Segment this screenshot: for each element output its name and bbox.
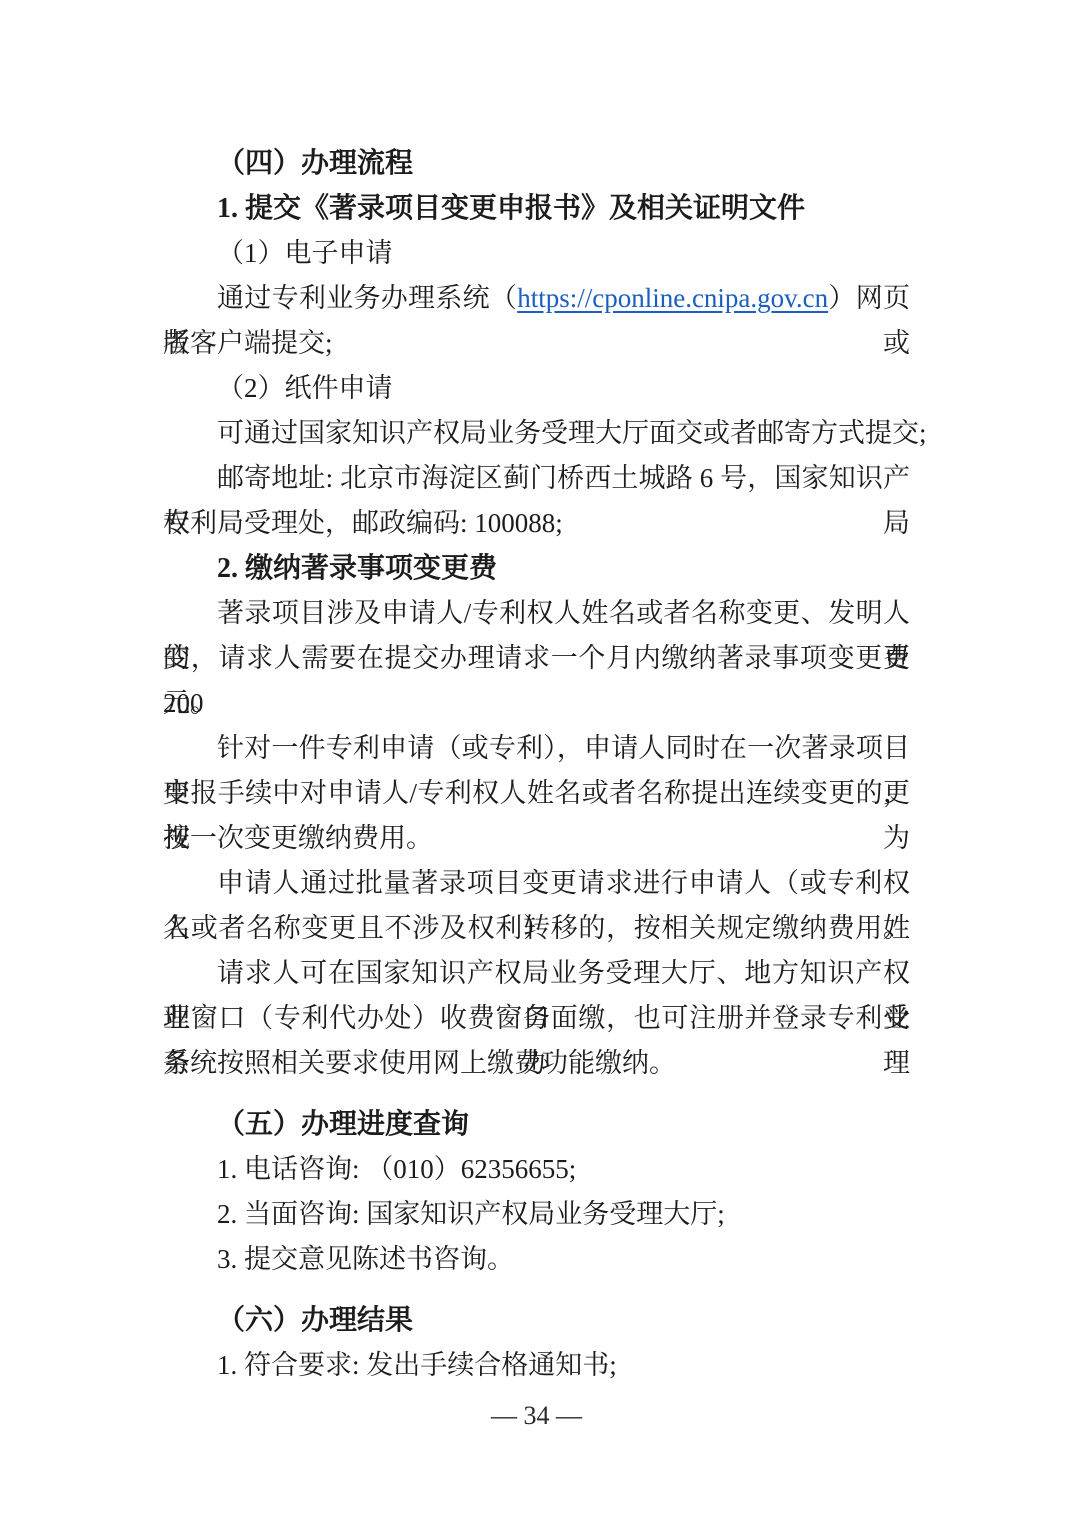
text-line: 可通过国家知识产权局业务受理大厅面交或者邮寄方式提交; <box>163 411 910 456</box>
section-heading: （四）办理流程 <box>163 141 910 186</box>
text-line: （1）电子申请 <box>163 231 910 276</box>
text-segment: 通过专利业务办理系统（ <box>217 283 517 313</box>
text-line: 理窗口（专利代办处）收费窗口面缴，也可注册并登录专利业务办理 <box>163 996 910 1041</box>
text-line: 名或者名称变更且不涉及权利转移的，按相关规定缴纳费用。 <box>163 906 910 951</box>
text-line: （2）纸件申请 <box>163 366 910 411</box>
text-line: 的，请求人需要在提交办理请求一个月内缴纳著录事项变更费 200 <box>163 636 910 681</box>
text-line: 2. 当面咨询: 国家知识产权局业务受理大厅; <box>163 1192 910 1237</box>
document-body: （四）办理流程1. 提交《著录项目变更申报书》及相关证明文件（1）电子申请通过专… <box>163 141 910 1388</box>
text-line: 请求人可在国家知识产权局业务受理大厅、地方知识产权业务受 <box>163 951 910 996</box>
text-line: 1. 符合要求: 发出手续合格通知书; <box>163 1343 910 1388</box>
text-line: 申报手续中对申请人/专利权人姓名或者名称提出连续变更的，视为 <box>163 771 910 816</box>
section-heading: （五）办理进度查询 <box>163 1102 910 1147</box>
page-number: — 34 — <box>163 1396 910 1436</box>
section-heading: 2. 缴纳著录事项变更费 <box>163 546 910 591</box>
section-heading: （六）办理结果 <box>163 1298 910 1343</box>
text-line: 3. 提交意见陈述书咨询。 <box>163 1237 910 1282</box>
text-line: 申请人通过批量著录项目变更请求进行申请人（或专利权人）姓 <box>163 861 910 906</box>
text-line: 针对一件专利申请（或专利），申请人同时在一次著录项目变更 <box>163 726 910 771</box>
text-line: 元。 <box>163 681 910 726</box>
section-heading: 1. 提交《著录项目变更申报书》及相关证明文件 <box>163 186 910 231</box>
document-page: （四）办理流程1. 提交《著录项目变更申报书》及相关证明文件（1）电子申请通过专… <box>0 0 1074 1520</box>
text-line: 1. 电话咨询: （010）62356655; <box>163 1147 910 1192</box>
text-line: 邮寄地址: 北京市海淀区蓟门桥西土城路 6 号，国家知识产权局 <box>163 456 910 501</box>
text-line: 通过专利业务办理系统（https://cponline.cnipa.gov.cn… <box>163 276 910 321</box>
cponline-link[interactable]: https://cponline.cnipa.gov.cn <box>517 283 828 313</box>
text-line: 著录项目涉及申请人/专利权人姓名或者名称变更、发明人变更 <box>163 591 910 636</box>
